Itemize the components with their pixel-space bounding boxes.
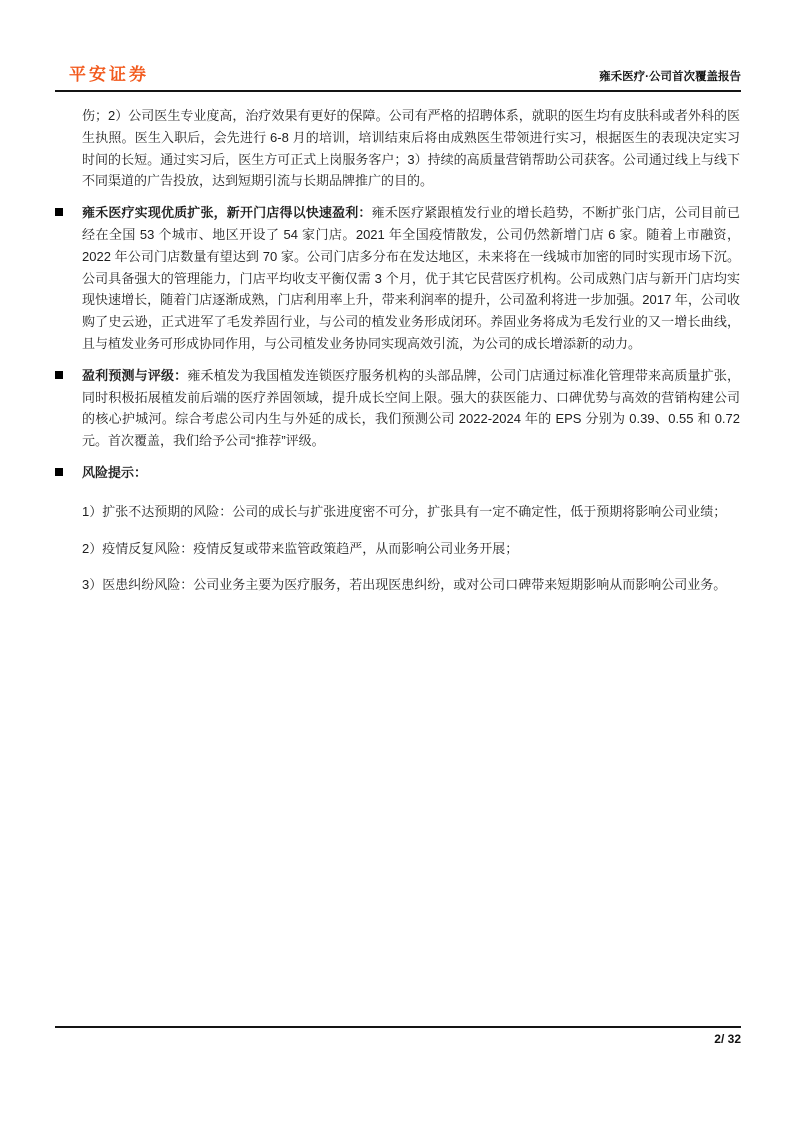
risk-item-expansion: 1）扩张不达预期的风险：公司的成长与扩张进度密不可分，扩张具有一定不确定性，低于… [82, 501, 740, 523]
page-header: 平安证券 雍禾医疗·公司首次覆盖报告 [55, 0, 741, 92]
bullet-square-icon [55, 371, 63, 379]
risk-heading: 风险提示： [82, 465, 147, 480]
summary-content: 伤；2）公司医生专业度高，治疗效果有更好的保障。公司有严格的招聘体系，就职的医生… [82, 105, 740, 611]
page-number: 2/ 32 [55, 1032, 741, 1046]
bullet-square-icon [55, 468, 63, 476]
bullet-square-icon [55, 208, 63, 216]
report-title: 雍禾医疗·公司首次覆盖报告 [599, 68, 741, 84]
bullet-paragraph-expansion: 雍禾医疗实现优质扩张，新开门店得以快速盈利：雍禾医疗紧跟植发行业的增长趋势，不断… [82, 202, 740, 355]
page-footer: 2/ 32 [55, 1026, 741, 1046]
bullet-text: 雍禾医疗紧跟植发行业的增长趋势，不断扩张门店，公司目前已经在全国 53 个城市、… [82, 205, 740, 351]
risk-item-dispute: 3）医患纠纷风险：公司业务主要为医疗服务，若出现医患纠纷，或对公司口碑带来短期影… [82, 574, 740, 596]
brand-logo: 平安证券 [69, 60, 149, 85]
risk-item-pandemic: 2）疫情反复风险：疫情反复或带来监管政策趋严，从而影响公司业务开展； [82, 538, 740, 560]
bullet-paragraph-forecast: 盈利预测与评级：雍禾植发为我国植发连锁医疗服务机构的头部品牌，公司门店通过标准化… [82, 365, 740, 452]
bullet-paragraph-risk-heading: 风险提示： [82, 462, 740, 484]
bullet-lead: 雍禾医疗实现优质扩张，新开门店得以快速盈利： [82, 205, 372, 220]
intro-paragraph: 伤；2）公司医生专业度高，治疗效果有更好的保障。公司有严格的招聘体系，就职的医生… [82, 105, 740, 192]
report-page: 平安证券 雍禾医疗·公司首次覆盖报告 伤；2）公司医生专业度高，治疗效果有更好的… [0, 0, 794, 1123]
bullet-lead: 盈利预测与评级： [82, 368, 187, 383]
